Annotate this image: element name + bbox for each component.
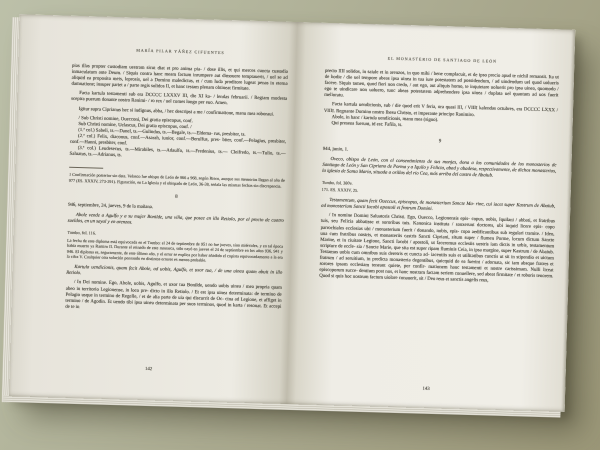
book-photo: MARÍA PILAR YÁÑEZ CIFUENTES pias illas p… xyxy=(0,0,600,450)
editorial-note: La fecha de este diploma está equivocada… xyxy=(67,238,284,265)
left-page: MARÍA PILAR YÁÑEZ CIFUENTES pias illas p… xyxy=(9,14,298,404)
document-number: 9 xyxy=(323,136,557,148)
page-number: 142 xyxy=(10,363,288,376)
document-number: 8 xyxy=(68,192,284,203)
charter-text: / In nomine Domini Saluatoris Christi. E… xyxy=(319,213,555,287)
running-head-left: MARÍA PILAR YÁÑEZ CIFUENTES xyxy=(72,46,288,57)
page-number: 143 xyxy=(287,383,565,396)
running-head-right: EL MONASTERIO DE SANTIAGO DE LEÓN xyxy=(325,54,559,66)
body-paragraph: pias illas propter custodiam uestram sic… xyxy=(71,64,288,94)
document-date: 946, septiembre, 24, jueves, 9 de la mañ… xyxy=(68,203,284,214)
document-summary: Abole vende a Agulfo y a su mujer Bonild… xyxy=(68,213,284,231)
footnote-rule xyxy=(69,167,103,169)
document-summary: Oveco, obispo de León, con el consentimi… xyxy=(322,157,556,182)
open-book: MARÍA PILAR YÁÑEZ CIFUENTES pias illas p… xyxy=(9,14,575,411)
charter-text: / In Dei nomine. Ego, Abole, uobis, Agul… xyxy=(65,280,282,316)
right-page: EL MONASTERIO DE SANTIAGO DE LEÓN precio… xyxy=(287,22,576,412)
body-paragraph: precio IIII solidos, in saiale et in are… xyxy=(324,69,559,106)
document-date: 944, junio, 1. xyxy=(323,147,557,159)
page-spread: MARÍA PILAR YÁÑEZ CIFUENTES pias illas p… xyxy=(9,14,575,411)
footnote: 1 Confirmación posterior sin data. Velas… xyxy=(69,172,285,189)
